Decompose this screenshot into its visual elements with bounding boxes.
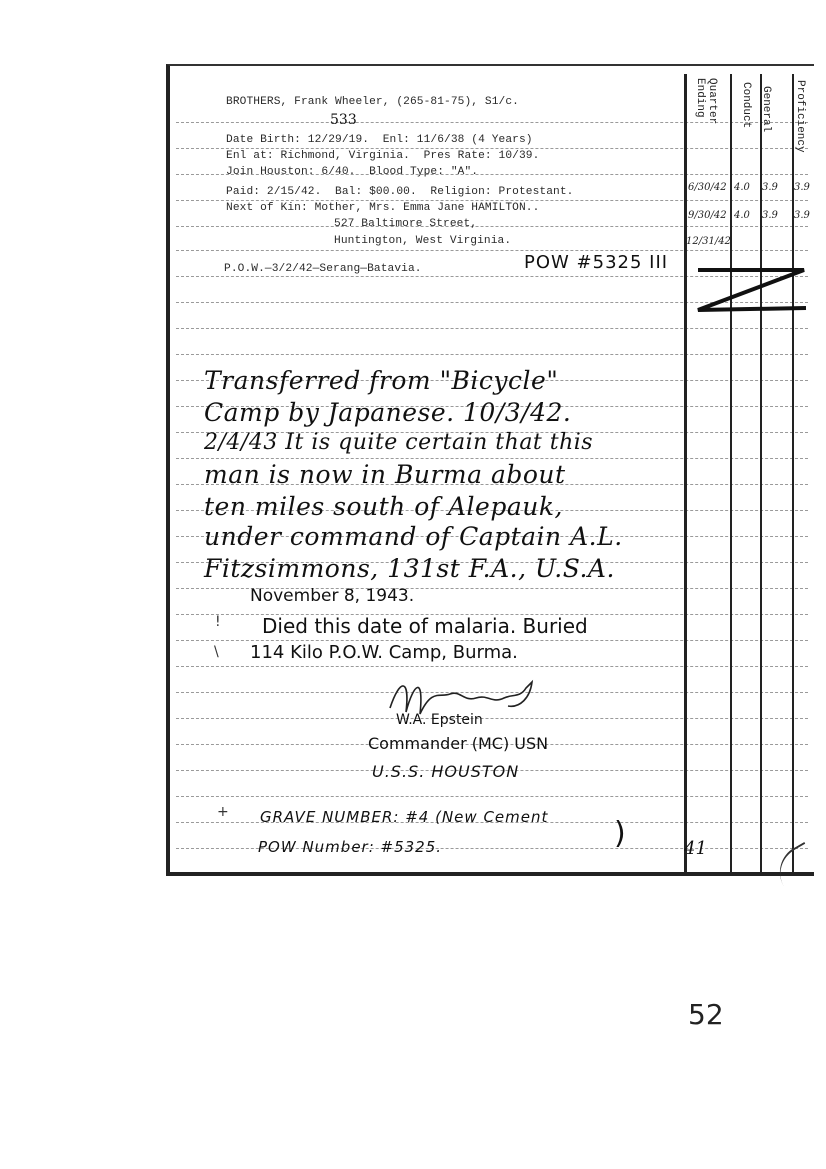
margin-tick: +: [217, 804, 229, 820]
column-header-general: General: [760, 86, 772, 132]
column-divider: [730, 74, 732, 872]
quarter-ending-cell: 6/30/42: [688, 182, 727, 193]
typed-next-of-kin-line: Next of Kin: Mother, Mrs. Emma Jane HAMI…: [226, 202, 539, 214]
signatory-name: W.A. Epstein: [396, 712, 483, 728]
typed-join-houston-line: Join Houston: 6/40. Blood Type: "A".: [226, 166, 478, 178]
margin-tick: \: [214, 644, 219, 660]
grave-number-line: GRAVE NUMBER: #4 (New Cement: [260, 808, 548, 826]
pow-number-stamp: POW #5325 III: [524, 252, 668, 273]
typed-enlisted-at-line: Enl at: Richmond, Virginia. Pres Rate: 1…: [226, 150, 539, 162]
column-bottom-number: 41: [684, 838, 707, 859]
note-camp-line: Camp by Japanese. 10/3/42.: [204, 398, 571, 427]
column-divider: [760, 74, 762, 872]
proficiency-cell: 3.9: [794, 182, 810, 193]
margin-tick: !: [215, 614, 221, 630]
quarter-ending-cell: 9/30/42: [688, 210, 727, 221]
note-certain-line: 2/4/43 It is quite certain that this: [204, 430, 593, 455]
typed-pow-line: P.O.W.—3/2/42—Serang—Batavia.: [224, 263, 422, 275]
typed-address-city: Huntington, West Virginia.: [334, 235, 511, 247]
typed-paid-line: Paid: 2/15/42. Bal: $00.00. Religion: Pr…: [226, 186, 574, 198]
z-strike-mark: [692, 266, 812, 314]
pow-number-line: POW Number: #5325.: [258, 838, 442, 856]
general-cell: 3.9: [762, 210, 778, 221]
column-header-conduct: Conduct: [740, 82, 752, 128]
note-burma-line: man is now in Burma about: [204, 460, 566, 489]
page-number: 52: [688, 998, 724, 1031]
column-divider: [792, 74, 794, 872]
column-header-quarter-ending: Quarter Ending: [694, 78, 718, 124]
handwritten-533-note: 533: [330, 112, 357, 128]
conduct-cell: 4.0: [734, 182, 750, 193]
death-date: November 8, 1943.: [250, 586, 414, 606]
burial-location-line: 114 Kilo P.O.W. Camp, Burma.: [250, 642, 518, 663]
typed-name-line: BROTHERS, Frank Wheeler, (265-81-75), S1…: [226, 96, 519, 108]
quarter-ending-cell: 12/31/42: [686, 236, 731, 247]
typed-address-street: 527 Baltimore Street,: [334, 218, 477, 230]
grave-bracket: ): [614, 816, 627, 851]
note-ten-miles-line: ten miles south of Alepauk,: [204, 492, 563, 521]
general-cell: 3.9: [762, 182, 778, 193]
signatory-title: Commander (MC) USN: [368, 734, 548, 753]
signatory-ship: U.S.S. HOUSTON: [372, 762, 519, 781]
note-command-line: under command of Captain A.L.: [204, 522, 623, 551]
note-fitzsimmons-line: Fitzsimmons, 131st F.A., U.S.A.: [204, 554, 615, 583]
proficiency-cell: 3.9: [794, 210, 810, 221]
death-cause-line: Died this date of malaria. Buried: [262, 614, 588, 638]
note-transferred-line: Transferred from "Bicycle": [204, 366, 558, 395]
typed-birth-enlist-line: Date Birth: 12/29/19. Enl: 11/6/38 (4 Ye…: [226, 134, 533, 146]
conduct-cell: 4.0: [734, 210, 750, 221]
column-divider: [684, 74, 687, 872]
column-header-proficiency: Proficiency: [794, 80, 806, 153]
